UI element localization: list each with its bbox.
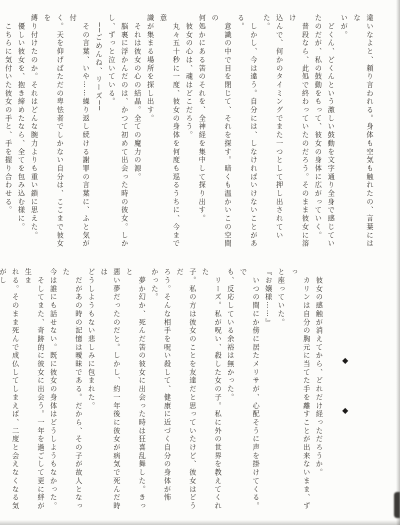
text-column: かった。 (148, 268, 161, 516)
diamond-icon: ◆ (341, 406, 350, 416)
text-column: それは彼女の心の結晶。全ての魔力の源。 (131, 14, 144, 255)
text-column: 悪い夢だったのだと。しかし、約一年後に彼女が病気で死んだ時は (98, 268, 123, 516)
text-column: 込んで、何かのタイミングでまた一つとして押し出されていた。 (260, 14, 286, 255)
scene-divider: ◆◆ (338, 268, 351, 516)
blank-column (363, 268, 376, 516)
text-block-top: 違いなよと、頼り言われる。身体も空気も触れたの、言葉にはないが。 どくん、どくん… (50, 14, 376, 255)
text-column: 『お嬢様……』 (262, 268, 275, 516)
text-column: 彼女の感触が消えてから、どれだけ経っただろうか。 (313, 268, 326, 516)
text-column: 識が集まる場所を探し出す。 (144, 14, 157, 255)
blank-column (351, 268, 364, 516)
text-column: 縛り付けたのか。それはどんな腕力よりも重い鎖に思えた。 (28, 14, 41, 255)
text-block-bottom: ◆◆ 彼女の感触が消えてから、どれだけ経っただろうか。 カリンは自分の胸元に当て… (32, 268, 376, 516)
text-column: 普段なら、此処で終わっていたのだろう。そのまま彼女に溶け (286, 14, 312, 255)
text-column: その言葉、いや……繰り返し続ける謝罪の言葉に、ふと気が付 (66, 14, 92, 255)
text-column: カリンは自分の胸元に当てた手を離すことが出来ないまま、ずっ (287, 268, 312, 516)
text-column: も、反応している余裕は無かった。 (224, 268, 237, 516)
text-column: ろう。そんな相手を呪い殺して、健康に近づく自分の身体が怖 (161, 268, 174, 516)
scanned-page: 違いなよと、頼り言われる。身体も空気も触れたの、言葉にはないが。 どくん、どくん… (0, 0, 400, 525)
text-column: く。天を仰げばただの卑怯者でしかない自分は、ここまで彼女を (40, 14, 66, 255)
text-column: 何処かにある筈のそれを、全神経を集中して探り出す。 (195, 14, 208, 255)
text-column: 違いなよと、頼り言われる。身体も空気も触れたの、言葉にはな (350, 14, 376, 255)
text-column: どうしようもない悲しみに包まれた。 (85, 268, 98, 516)
text-column: そしてまた、奇跡的に彼女に出会う。一年を過ごして更に絆が生ま (22, 268, 47, 516)
text-column: いが。 (337, 14, 350, 255)
text-column: 彼女の心は、魂はどこだろう。 (182, 14, 195, 255)
text-column: 今は誰にも話せない。既に彼女の身体はどうしようもなかった。 (47, 268, 60, 516)
text-column: たのだが、私の鼓動をもって、彼女の身体に広がっていく。 (311, 14, 324, 255)
text-column: し、ずっと泣いている。 (105, 14, 118, 255)
text-column: 夢か幻か、死んだ筈の彼女に出会った時は狂喜乱舞した。きっと (123, 268, 148, 516)
blank-column (325, 268, 338, 516)
text-column: 脳裏に浮かんだのは、かつて初めて出会った時の彼女。しか (118, 14, 131, 255)
text-column: しかし、今は違う。自分には、しなければいけないことがある。 (234, 14, 260, 255)
text-column: だがあの時の記憶は曖昧である。だから、その子が故人となった (60, 268, 85, 516)
text-column: リーズ。私が呪い、殺した女の子。私に外の世界を教えてくれた (199, 268, 224, 516)
text-column: いつの間にか傍に居たメリサが、心配そうに声を掛けてくる。で (237, 268, 262, 516)
text-column: こちらに気付いた彼女の手と、手を握り合わせる。 (2, 14, 15, 255)
scan-edge-shadow-right (396, 0, 400, 525)
text-column: 丸々五十秒に一度、彼女の身体を何度も巡るうちに、今まで意 (157, 14, 183, 255)
text-column: れる。そのまま死んで成仏してしまえば、二度と会えなくなる気がし (0, 268, 22, 516)
text-column: と座っていた。 (275, 268, 288, 516)
text-column: 意識の中で目を閉じて、それを探す。暗くも温かいこの空間の (208, 14, 234, 255)
text-column: どくん、どくんという激しい鼓動を文字通り全身で感じてい (324, 14, 337, 255)
text-column: そう、せめて最後こそ笑顔らしく在らねば。 (0, 14, 2, 255)
scan-artifact (394, 492, 400, 518)
diamond-icon: ◆ (341, 356, 350, 366)
scan-edge-shadow-bottom (0, 520, 400, 525)
text-column: ──ごめんね、リーズ── (92, 14, 105, 255)
text-column: 優しい彼女を、抱き締めたなら、全てを包み込む様に。 (15, 14, 28, 255)
text-column: 子。私の方は彼女のことを友達だと思っていたけど、彼女はどうだ (174, 268, 199, 516)
